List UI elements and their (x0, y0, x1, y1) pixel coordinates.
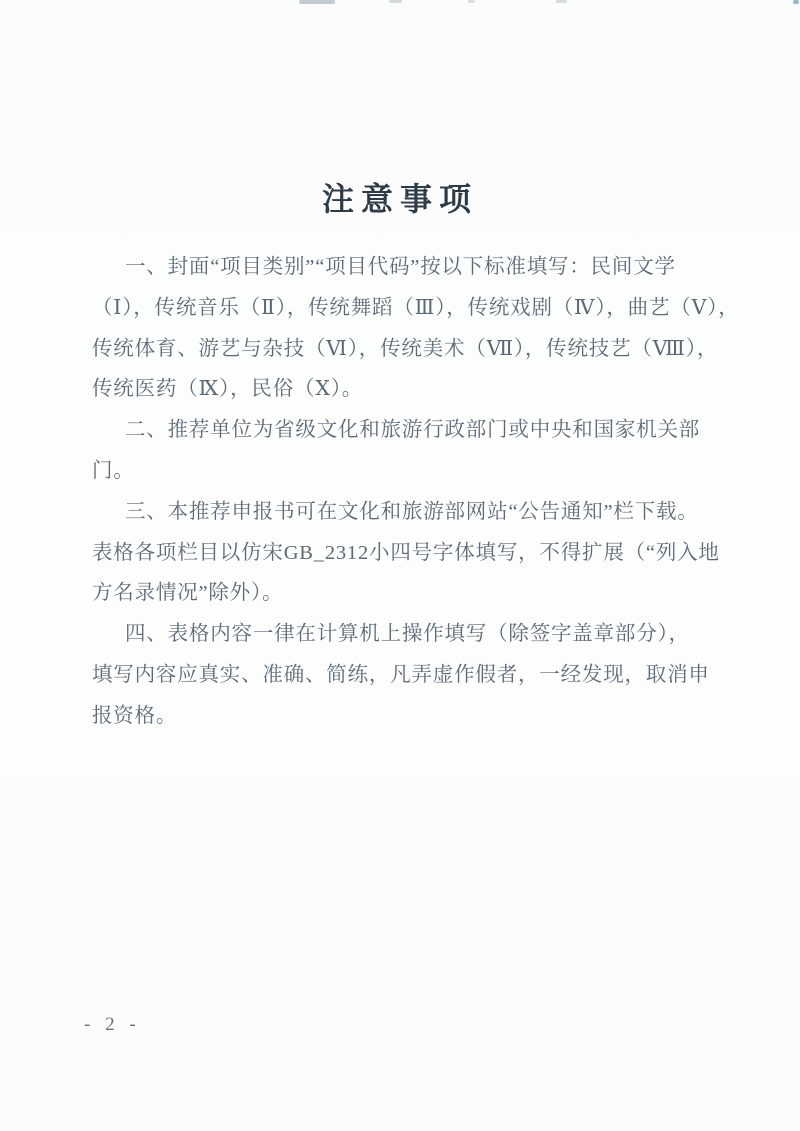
scan-smudge (389, 0, 402, 3)
scan-smudge (468, 0, 475, 3)
text-line: 方名录情况”除外）。 (92, 573, 712, 614)
page-number: - 2 - (84, 1014, 141, 1036)
notice-paragraphs: 一、封面“项目类别”“项目代码”按以下标准填写：民间文学（Ⅰ），传统音乐（Ⅱ），… (92, 247, 712, 737)
scanned-document-page: 注意事项 一、封面“项目类别”“项目代码”按以下标准填写：民间文学（Ⅰ），传统音… (0, 0, 800, 1131)
text-line: 一、封面“项目类别”“项目代码”按以下标准填写：民间文学 (92, 247, 712, 288)
text-line: 传统医药（Ⅸ），民俗（Ⅹ）。 (92, 369, 712, 410)
text-line: 门。 (92, 451, 712, 492)
scan-smudge (299, 0, 335, 4)
text-line: 传统体育、游艺与杂技（Ⅵ），传统美术（Ⅶ），传统技艺（Ⅷ）， (92, 329, 712, 370)
text-line: 报资格。 (92, 696, 712, 737)
text-line: 四、表格内容一律在计算机上操作填写（除签字盖章部分）， (92, 614, 712, 655)
text-line: （Ⅰ），传统音乐（Ⅱ），传统舞蹈（Ⅲ），传统戏剧（Ⅳ），曲艺（Ⅴ）， (92, 288, 712, 329)
page-title: 注意事项 (0, 174, 800, 220)
scan-smudge (793, 0, 799, 4)
scan-smudge (556, 0, 567, 3)
text-line: 二、推荐单位为省级文化和旅游行政部门或中央和国家机关部 (92, 410, 712, 451)
text-line: 填写内容应真实、准确、简练，凡弄虚作假者，一经发现，取消申 (92, 655, 712, 696)
text-line: 表格各项栏目以仿宋GB_2312小四号字体填写，不得扩展（“列入地 (92, 533, 712, 574)
text-line: 三、本推荐申报书可在文化和旅游部网站“公告通知”栏下载。 (92, 492, 712, 533)
